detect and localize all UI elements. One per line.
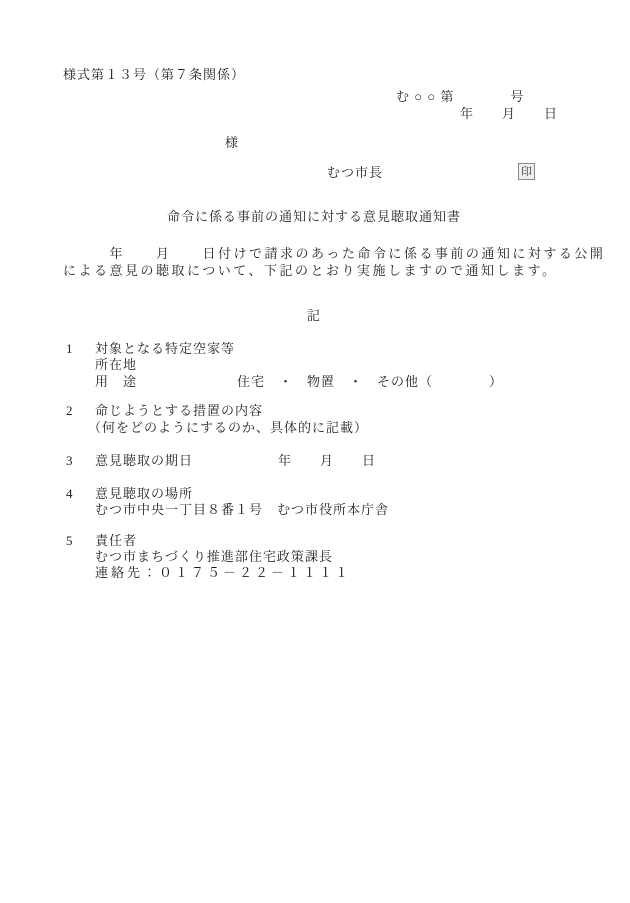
document-title: 命令に係る事前の通知に対する意見聴取通知書 — [167, 209, 461, 224]
item-1-location-label: 所在地 — [95, 357, 137, 372]
seal-mark: 印 — [518, 163, 535, 180]
item-1-use-options: 住宅 ・ 物置 ・ その他（ ） — [237, 374, 503, 389]
item-4-number: 4 — [66, 486, 74, 501]
item-5-department: むつ市まちづくり推進部住宅政策課長 — [95, 549, 333, 564]
document-page: 様式第１３号（第７条関係） む ○ ○ 第 号 年 月 日 様 むつ市長 印 命… — [0, 0, 630, 903]
body-line-2: による意見の聴取について、下記のとおり実施しますので通知します。 — [63, 263, 557, 278]
item-1-label: 対象となる特定空家等 — [95, 341, 235, 356]
item-5-label: 責任者 — [95, 533, 137, 548]
item-3-date-fields: 年 月 日 — [278, 453, 376, 468]
record-marker: 記 — [307, 308, 321, 323]
item-2-note: （何をどのようにするのか、具体的に記載） — [88, 420, 368, 435]
item-3-number: 3 — [66, 453, 74, 468]
sender-title: むつ市長 — [327, 165, 383, 180]
item-2-number: 2 — [66, 403, 74, 418]
date-line: 年 月 日 — [460, 106, 558, 121]
addressee-suffix: 様 — [225, 135, 239, 150]
item-1-use-label: 用 途 — [95, 374, 137, 389]
item-5-number: 5 — [66, 533, 74, 548]
item-2-label: 命じようとする措置の内容 — [95, 403, 263, 418]
document-number-line: む ○ ○ 第 号 — [396, 89, 524, 104]
form-number: 様式第１３号（第７条関係） — [63, 67, 245, 82]
item-5-contact: 連絡先：０１７５－２２－１１１１ — [95, 565, 351, 580]
item-4-label: 意見聴取の場所 — [95, 486, 193, 501]
item-3-label: 意見聴取の期日 — [95, 453, 193, 468]
body-line-1: 年 月 日付けで請求のあった命令に係る事前の通知に対する公開 — [63, 246, 605, 261]
item-4-address: むつ市中央一丁目８番１号 むつ市役所本庁舎 — [95, 502, 389, 517]
item-1-number: 1 — [66, 341, 74, 356]
